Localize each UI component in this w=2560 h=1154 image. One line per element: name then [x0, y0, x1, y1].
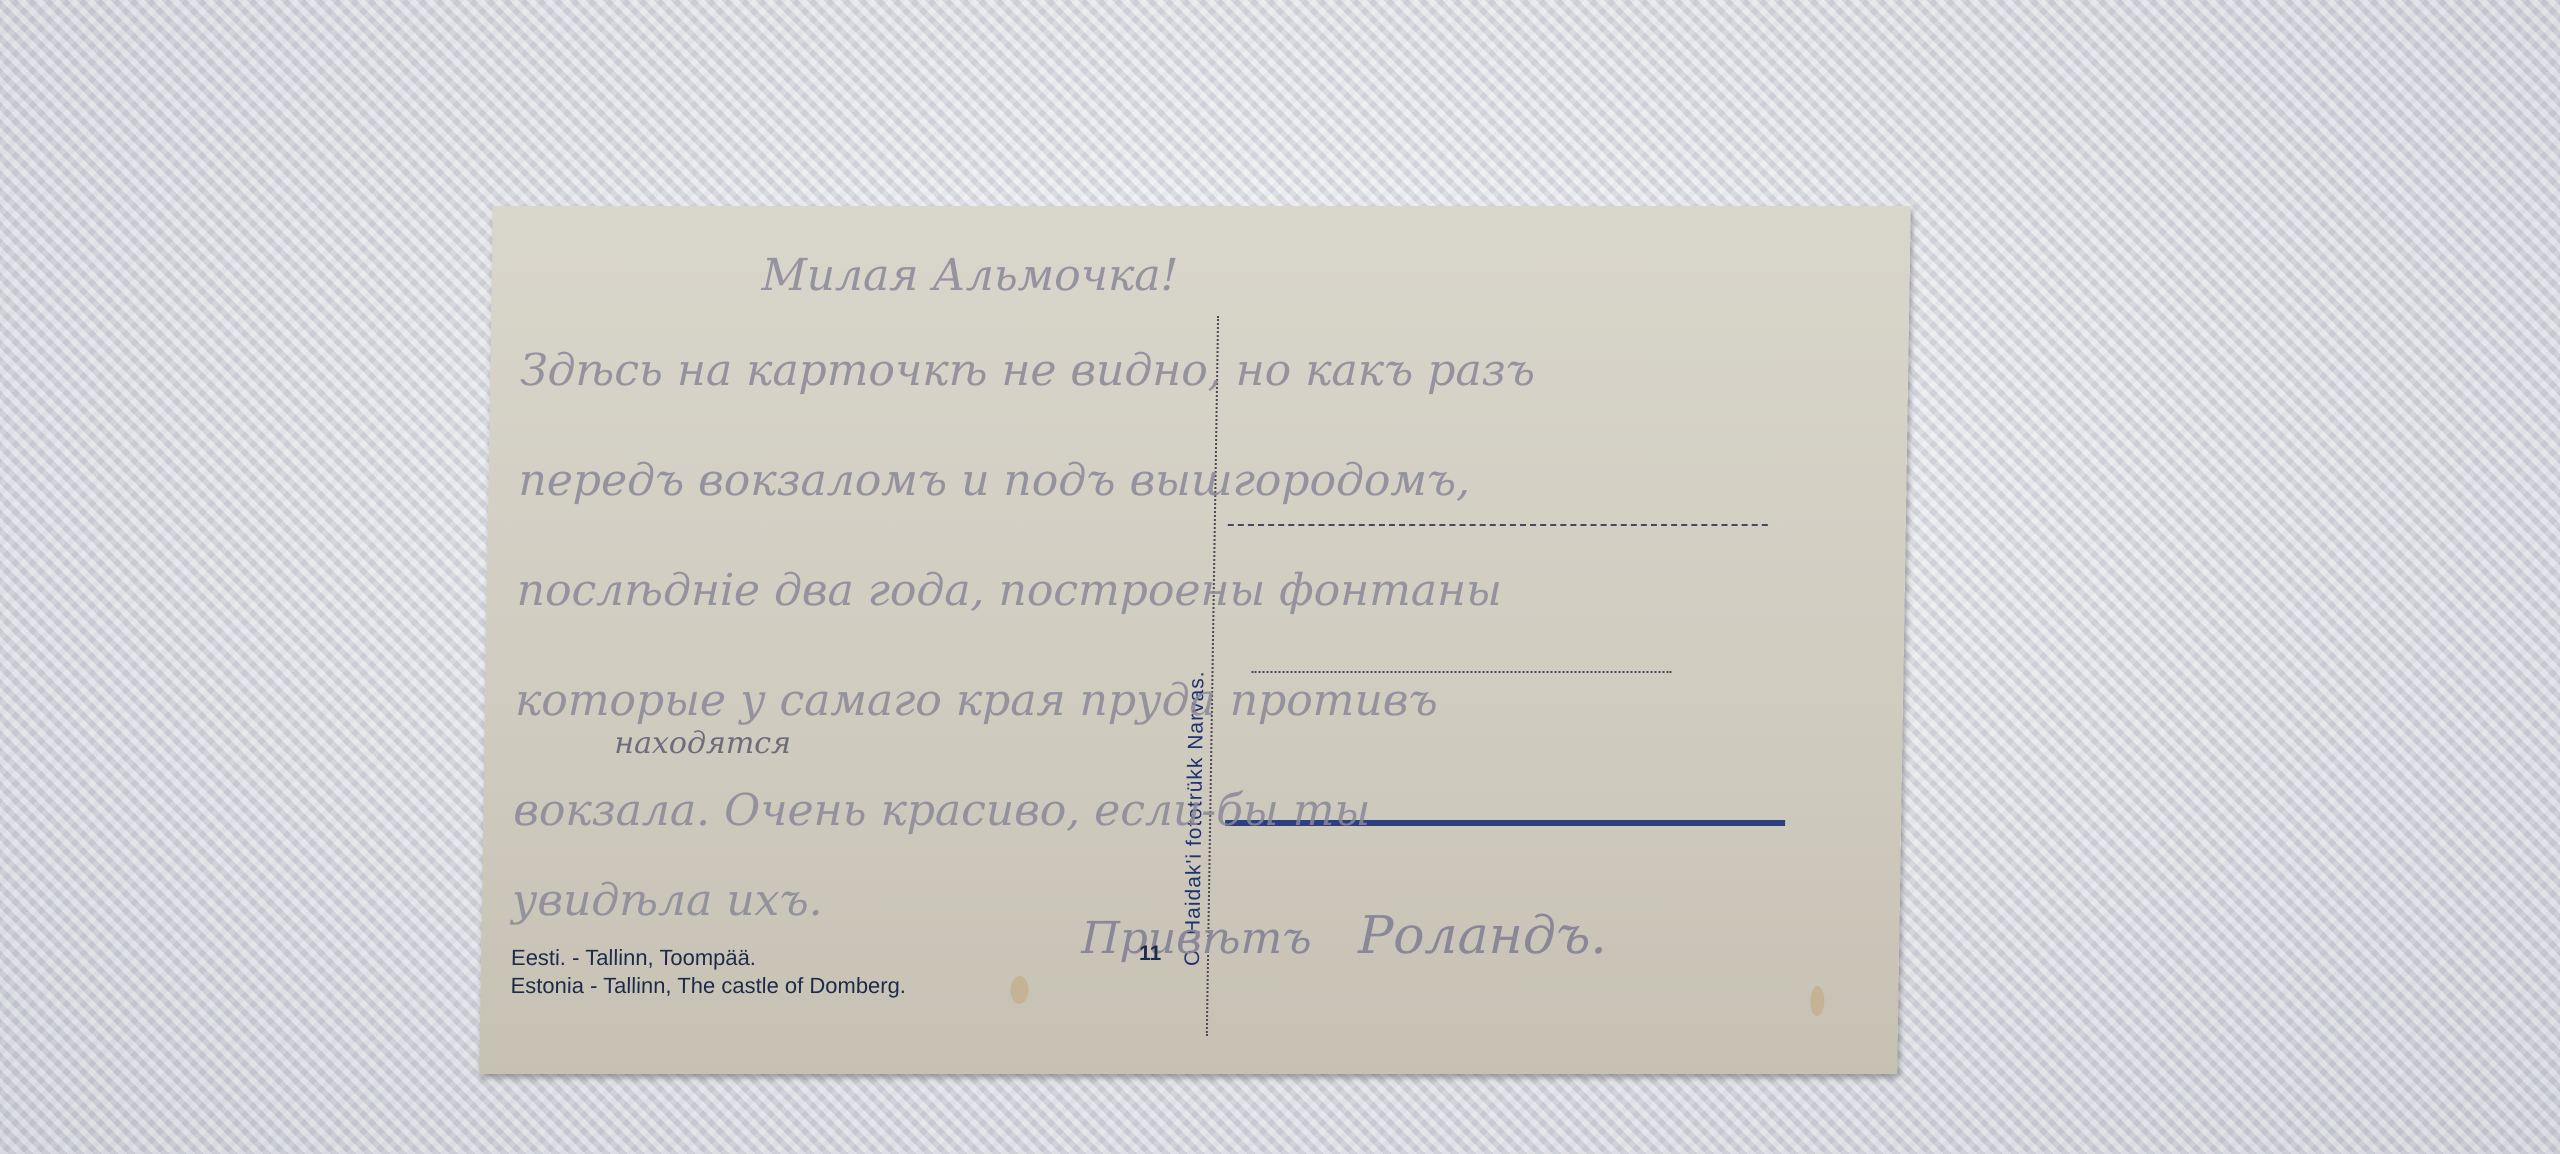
- handwritten-message: Милая Альмочка! Здѣсь на карточкѣ не вид…: [511, 236, 1902, 936]
- closing: Привѣтъ: [1081, 913, 1312, 964]
- greeting: Милая Альмочка!: [521, 236, 1902, 316]
- stain: [1010, 976, 1028, 1004]
- message-line: передъ вокзаломъ и подъ вышгородомъ,: [518, 426, 1900, 536]
- caption-estonian: Eesti. - Tallinn, Toompää.: [511, 944, 907, 972]
- stain: [1810, 986, 1824, 1016]
- message-line: Здѣсь на карточкѣ не видно, но какъ разъ: [519, 316, 1901, 426]
- signature: Роландъ.: [1358, 906, 1608, 966]
- postcard-back: O. Haidak'i fototrükk Narvas. Милая Альм…: [479, 206, 1911, 1074]
- signature-block: Привѣтъ Роландъ.: [1321, 906, 1608, 966]
- card-number: 11: [1139, 942, 1162, 966]
- message-line: послѣдніе два года, построены фонтаны: [516, 536, 1898, 646]
- inserted-word: находятся: [614, 726, 791, 761]
- printed-caption: Eesti. - Tallinn, Toompää. Estonia - Tal…: [510, 944, 906, 1000]
- message-line: вокзала. Очень красиво, если-бы ты: [512, 756, 1894, 866]
- caption-english: Estonia - Tallinn, The castle of Domberg…: [510, 972, 906, 1000]
